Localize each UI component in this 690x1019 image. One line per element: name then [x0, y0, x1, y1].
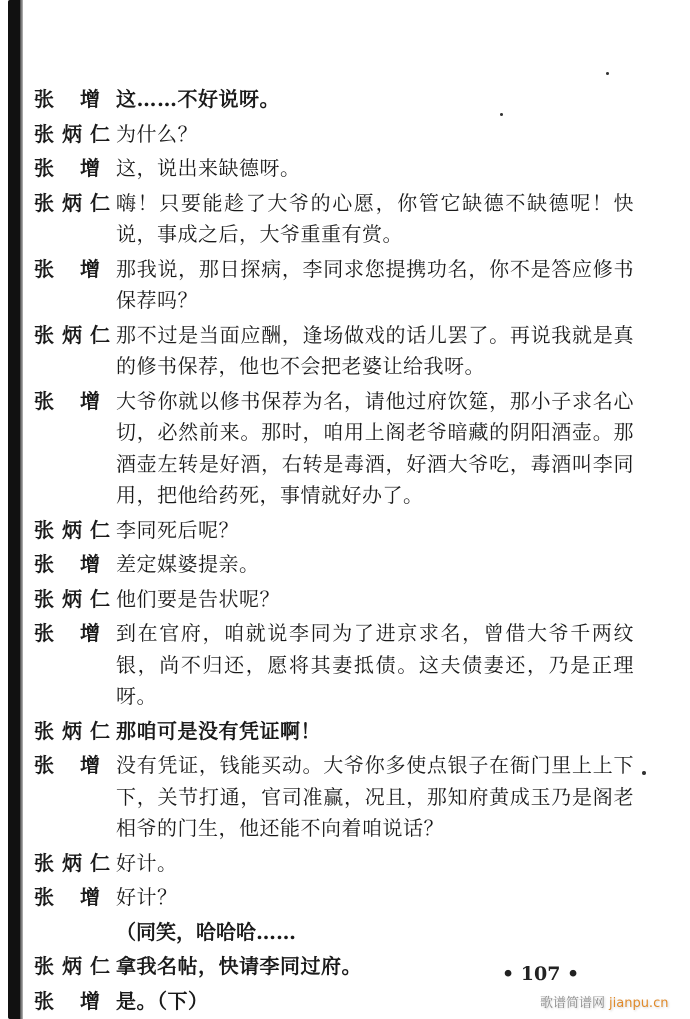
speech-text: 那我说，那日探病，李同求您提携功名，你不是答应修书保荐吗？: [116, 254, 634, 317]
watermark-brand: jianpu.cn: [609, 996, 668, 1011]
speaker-zhang-zeng: 张 增: [34, 750, 116, 782]
dialogue-line: 张 炳 仁 那不过是当面应酬，逢场做戏的话儿罢了。再说我就是真的修书保荐，他也不…: [34, 320, 634, 383]
dialogue-line: 张 增 好计？: [34, 882, 634, 914]
speaker-zhang-zeng: 张 增: [34, 549, 116, 581]
speaker-zhang-bingren: 张 炳 仁: [34, 188, 116, 220]
speech-text: 好计？: [116, 882, 634, 914]
speech-text: 这，说出来缺德呀。: [116, 153, 634, 185]
dialogue-line: 张 炳 仁 李同死后呢？: [34, 515, 634, 547]
speech-text: 这……不好说呀。: [116, 84, 634, 116]
speaker-zhang-zeng: 张 增: [34, 386, 116, 418]
speaker-zhang-bingren: 张 炳 仁: [34, 320, 116, 352]
dialogue-line: 张 增 没有凭证，钱能买动。大爷你多使点银子在衙门里上上下下，关节打通，官司准赢…: [34, 750, 634, 845]
speech-text: 那咱可是没有凭证啊！: [116, 716, 634, 748]
speaker-zhang-zeng: 张 增: [34, 618, 116, 650]
dialogue-line: 张 增 大爷你就以修书保荐为名，请他过府饮筵，那小子求名心切，必然前来。那时，咱…: [34, 386, 634, 512]
print-speck: [642, 771, 646, 775]
speaker-zhang-bingren: 张 炳 仁: [34, 848, 116, 880]
watermark: 歌谱简谱网jianpu.cn: [540, 992, 668, 1011]
speech-text: 他们要是告状呢？: [116, 584, 634, 616]
speaker-zhang-bingren: 张 炳 仁: [34, 584, 116, 616]
speaker-zhang-zeng: 张 增: [34, 254, 116, 286]
dialogue-line: 张 增 这……不好说呀。: [34, 84, 634, 116]
dialogue-line: 张 增 到在官府，咱就说李同为了进京求名，曾借大爷千两纹银，尚不归还，愿将其妻抵…: [34, 618, 634, 713]
speaker-zhang-zeng: 张 增: [34, 153, 116, 185]
speaker-zhang-zeng: 张 增: [34, 882, 116, 914]
speaker-zhang-bingren: 张 炳 仁: [34, 515, 116, 547]
speech-text: 李同死后呢？: [116, 515, 634, 547]
speech-text: 到在官府，咱就说李同为了进京求名，曾借大爷千两纹银，尚不归还，愿将其妻抵债。这夫…: [116, 618, 634, 713]
speech-text: 嗨！只要能趁了大爷的心愿，你管它缺德不缺德呢！快说，事成之后，大爷重重有赏。: [116, 188, 634, 251]
dialogue-line: 张 炳 仁 那咱可是没有凭证啊！: [34, 716, 634, 748]
speech-text: 差定媒婆提亲。: [116, 549, 634, 581]
speech-text: 那不过是当面应酬，逢场做戏的话儿罢了。再说我就是真的修书保荐，他也不会把老婆让给…: [116, 320, 634, 383]
speech-text: 为什么？: [116, 119, 634, 151]
dialogue-line: 张 炳 仁 好计。: [34, 848, 634, 880]
dialogue-line: 张 增 这，说出来缺德呀。: [34, 153, 634, 185]
speaker-zhang-bingren: 张 炳 仁: [34, 951, 116, 983]
page-number: • 107 •: [502, 963, 579, 985]
dialogue-line: 张 炳 仁 嗨！只要能趁了大爷的心愿，你管它缺德不缺德呢！快说，事成之后，大爷重…: [34, 188, 634, 251]
speech-text: 好计。: [116, 848, 634, 880]
dialogue-line: 张 增 差定媒婆提亲。: [34, 549, 634, 581]
speaker-zhang-bingren: 张 炳 仁: [34, 119, 116, 151]
book-spine-edge: [20, 0, 23, 1019]
speaker-zhang-zeng: 张 增: [34, 986, 116, 1018]
speaker-zhang-bingren: 张 炳 仁: [34, 716, 116, 748]
print-speck: [500, 113, 503, 116]
speaker-zhang-zeng: 张 增: [34, 84, 116, 116]
speech-text: 大爷你就以修书保荐为名，请他过府饮筵，那小子求名心切，必然前来。那时，咱用上阁老…: [116, 386, 634, 512]
dialogue-line: 张 炳 仁 他们要是告状呢？: [34, 584, 634, 616]
dialogue-line: 张 炳 仁 为什么？: [34, 119, 634, 151]
print-speck: [606, 72, 609, 75]
watermark-text: 歌谱简谱网: [540, 996, 605, 1011]
script-body: 张 增 这……不好说呀。 张 炳 仁 为什么？ 张 增 这，说出来缺德呀。 张 …: [34, 84, 634, 1019]
stage-direction: （同笑，哈哈哈……: [34, 917, 634, 949]
speech-text: 没有凭证，钱能买动。大爷你多使点银子在衙门里上上下下，关节打通，官司准赢，况且，…: [116, 750, 634, 845]
dialogue-line: 张 增 那我说，那日探病，李同求您提携功名，你不是答应修书保荐吗？: [34, 254, 634, 317]
